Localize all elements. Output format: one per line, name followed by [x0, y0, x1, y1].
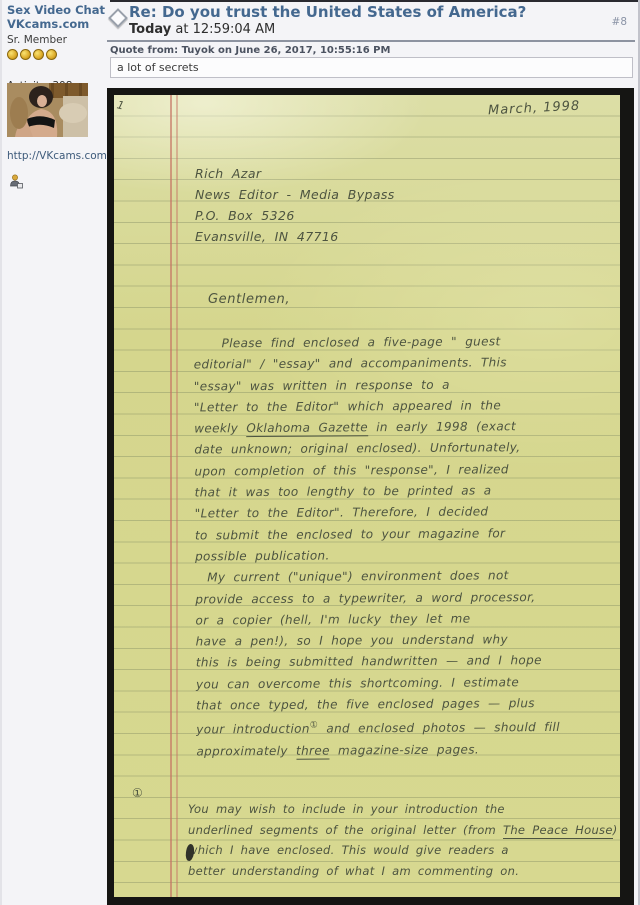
window-left-edge	[0, 0, 2, 905]
star-icon	[20, 49, 31, 60]
letter-line: You may wish to include in your introduc…	[188, 799, 618, 820]
topic-post-icon	[108, 8, 128, 28]
letter-address: Rich AzarNews Editor - Media BypassP.O. …	[195, 163, 395, 247]
address-line: News Editor - Media Bypass	[195, 184, 395, 205]
letter-line: "Letter to the Editor". Therefore, I dec…	[195, 501, 615, 525]
post-date-time: at 12:59:04 AM	[171, 22, 275, 37]
letter-line: date unknown; original enclosed). Unfort…	[194, 437, 614, 461]
letter-line: which I have enclosed. This would give r…	[188, 840, 618, 861]
letter-salutation: Gentlemen,	[208, 292, 290, 307]
letter-page-mark: 1	[116, 98, 126, 112]
letter-line: or a copier (hell, I'm lucky they let me	[195, 607, 615, 631]
letter-paper: 1 March, 1998 Rich AzarNews Editor - Med…	[114, 95, 620, 897]
letter-line: have a pen!), so I hope you understand w…	[196, 629, 616, 653]
letter-line: underlined segments of the original lett…	[188, 820, 618, 841]
letter-line: your introduction① and enclosed photos —…	[196, 714, 616, 741]
letter-line: that once typed, the five enclosed pages…	[196, 693, 616, 717]
star-icon	[33, 49, 44, 60]
letter-line: this is being submitted handwritten — an…	[196, 650, 616, 674]
letter-line: Please find enclosed a five-page " guest	[194, 331, 614, 355]
address-line: Rich Azar	[195, 163, 395, 184]
letter-line: better understanding of what I am commen…	[188, 861, 618, 882]
letter-line: possible publication.	[195, 544, 615, 568]
post-date: Today at 12:59:04 AM	[129, 22, 635, 37]
letter-line: "Letter to the Editor" which appeared in…	[194, 394, 614, 418]
poster-info-panel: Sex Video Chat VKcams.com Sr. Member Act…	[7, 3, 105, 92]
address-line: P.O. Box 5326	[195, 205, 395, 226]
letter-body: Please find enclosed a five-page " guest…	[194, 331, 617, 763]
letter-footnote-mark: ①	[132, 786, 143, 800]
view-profile-icon[interactable]	[9, 174, 24, 189]
quote-header-link[interactable]: Quote from: Tuyok on June 26, 2017, 10:5…	[110, 45, 390, 56]
star-icon	[7, 49, 18, 60]
letter-line: My current ("unique") environment does n…	[195, 565, 615, 589]
attached-letter-image[interactable]: 1 March, 1998 Rich AzarNews Editor - Med…	[107, 88, 634, 905]
letter-line: approximately three magazine-size pages.	[196, 738, 616, 762]
letter-line: you can overcome this shortcoming. I est…	[196, 671, 616, 695]
poster-website-link[interactable]: http://VKcams.com/	[7, 150, 110, 162]
letter-line: that it was too lengthy to be printed as…	[195, 480, 615, 504]
letter-date: March, 1998	[488, 99, 581, 119]
letter-line: provide access to a typewriter, a word p…	[195, 586, 615, 610]
letter-line: upon completion of this "response", I re…	[194, 458, 614, 482]
star-badges	[7, 49, 105, 61]
window-top-edge	[110, 0, 640, 2]
address-line: Evansville, IN 47716	[195, 226, 395, 247]
star-icon	[46, 49, 57, 60]
post-header: Re: Do you trust the United States of Am…	[107, 3, 635, 37]
header-divider	[107, 40, 635, 42]
letter-line: "essay" was written in response to a	[194, 373, 614, 397]
post-title-link[interactable]: Re: Do you trust the United States of Am…	[129, 3, 635, 21]
post-date-today: Today	[129, 22, 171, 37]
avatar	[7, 83, 88, 137]
quote-body: a lot of secrets	[110, 57, 633, 78]
poster-rank: Sr. Member	[7, 34, 105, 46]
poster-name-link[interactable]: Sex Video Chat VKcams.com	[7, 3, 105, 32]
letter-line: weekly Oklahoma Gazette in early 1998 (e…	[194, 416, 614, 440]
letter-footnote: You may wish to include in your introduc…	[188, 799, 618, 881]
paper-margin-line	[170, 95, 178, 897]
letter-line: to submit the enclosed to your magazine …	[195, 522, 615, 546]
post-number-link[interactable]: #8	[612, 16, 627, 28]
letter-line: editorial" / "essay" and accompaniments.…	[194, 352, 614, 376]
